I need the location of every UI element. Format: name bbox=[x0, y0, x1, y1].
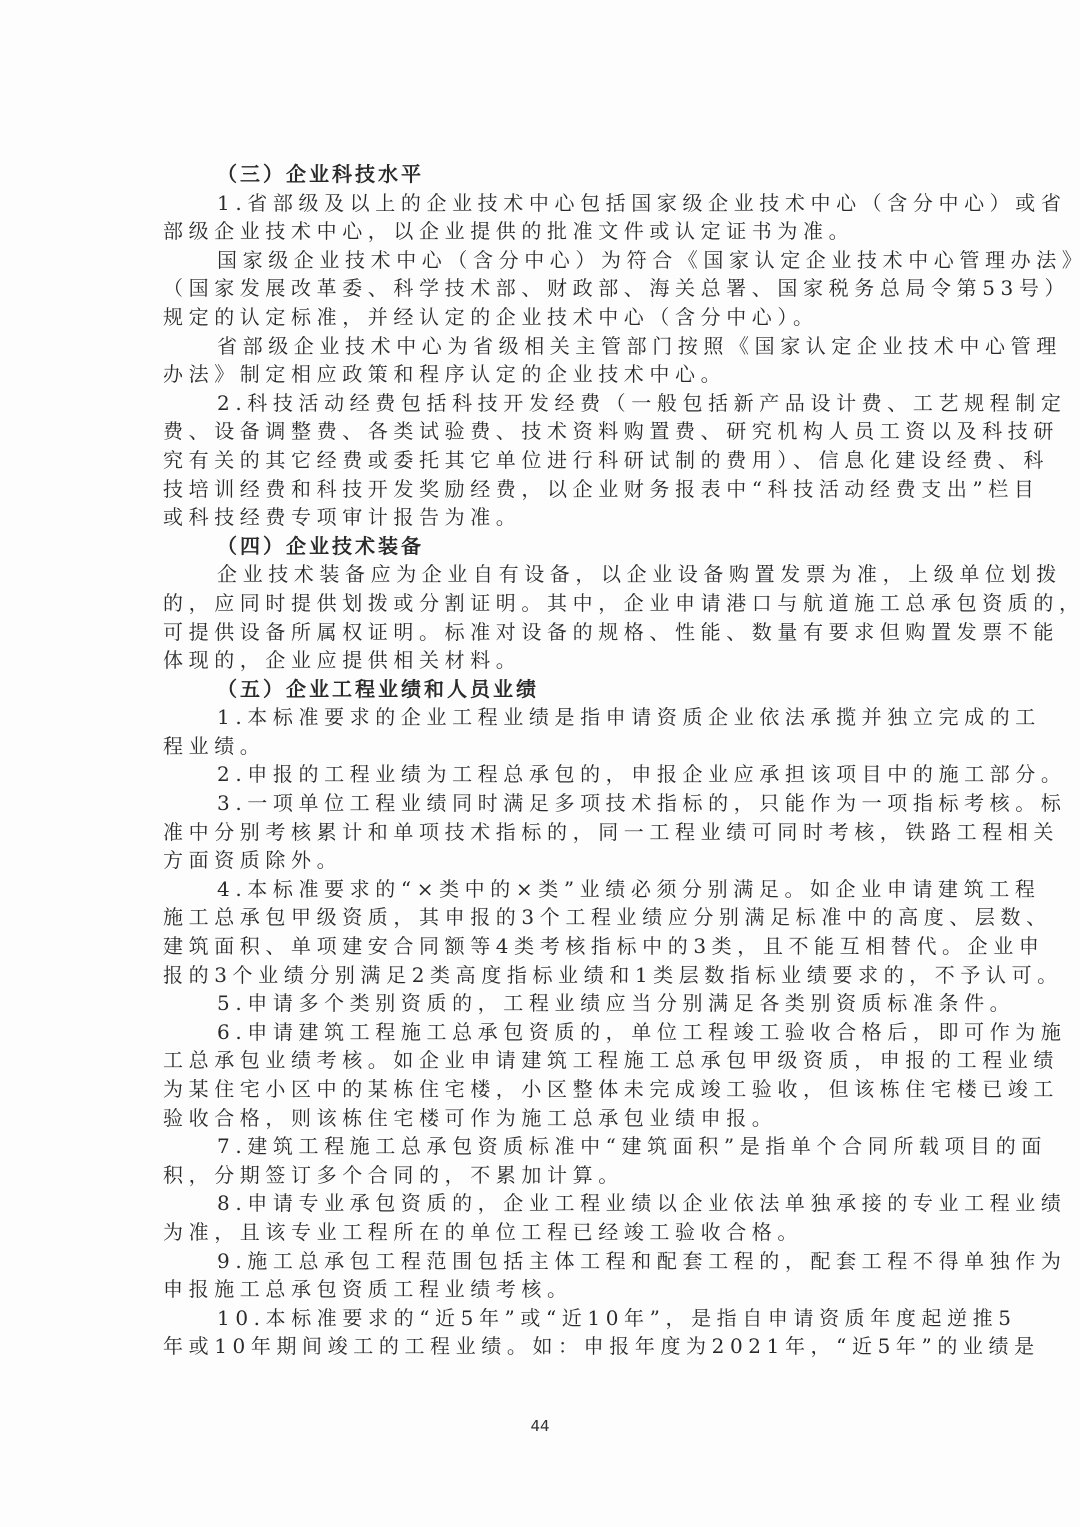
section-heading: （四）企业技术装备 bbox=[163, 532, 919, 561]
paragraph-line: 报的3个业绩分别满足2类高度指标业绩和1类层数指标业绩要求的，不予认可。 bbox=[163, 961, 919, 990]
paragraph-line: 5.申请多个类别资质的，工程业绩应当分别满足各类别资质标准条件。 bbox=[163, 989, 919, 1018]
paragraph-line: 施工总承包甲级资质，其申报的3个工程业绩应分别满足标准中的高度、层数、 bbox=[163, 903, 919, 932]
paragraph-line: 8.申请专业承包资质的，企业工程业绩以企业依法单独承接的专业工程业绩 bbox=[163, 1189, 919, 1218]
paragraph-line: 或科技经费专项审计报告为准。 bbox=[163, 503, 919, 532]
section-heading: （三）企业科技水平 bbox=[163, 160, 919, 189]
paragraph-line: 技培训经费和科技开发奖励经费，以企业财务报表中“科技活动经费支出”栏目 bbox=[163, 475, 919, 504]
paragraph-line: 建筑面积、单项建安合同额等4类考核指标中的3类，且不能互相替代。企业申 bbox=[163, 932, 919, 961]
paragraph-line: 程业绩。 bbox=[163, 732, 919, 761]
paragraph-line: 年或10年期间竣工的工程业绩。如：申报年度为2021年，“近5年”的业绩是 bbox=[163, 1332, 919, 1361]
paragraph-line: 为某住宅小区中的某栋住宅楼，小区整体未完成竣工验收，但该栋住宅楼已竣工 bbox=[163, 1075, 919, 1104]
paragraph-line: 1.省部级及以上的企业技术中心包括国家级企业技术中心（含分中心）或省 bbox=[163, 189, 919, 218]
paragraph-line: 究有关的其它经费或委托其它单位进行科研试制的费用）、信息化建设经费、科 bbox=[163, 446, 919, 475]
paragraph-line: 9.施工总承包工程范围包括主体工程和配套工程的，配套工程不得单独作为 bbox=[163, 1247, 919, 1276]
paragraph-line: 准中分别考核累计和单项技术指标的，同一工程业绩可同时考核，铁路工程相关 bbox=[163, 818, 919, 847]
paragraph-line: 部级企业技术中心，以企业提供的批准文件或认定证书为准。 bbox=[163, 217, 919, 246]
paragraph-line: 规定的认定标准，并经认定的企业技术中心（含分中心）。 bbox=[163, 303, 919, 332]
paragraph-line: 方面资质除外。 bbox=[163, 846, 919, 875]
paragraph-line: 申报施工总承包资质工程业绩考核。 bbox=[163, 1275, 919, 1304]
paragraph-line: 1.本标准要求的企业工程业绩是指申请资质企业依法承揽并独立完成的工 bbox=[163, 703, 919, 732]
paragraph-line: 办法》制定相应政策和程序认定的企业技术中心。 bbox=[163, 360, 919, 389]
paragraph-line: 4.本标准要求的“×类中的×类”业绩必须分别满足。如企业申请建筑工程 bbox=[163, 875, 919, 904]
paragraph-line: 省部级企业技术中心为省级相关主管部门按照《国家认定企业技术中心管理 bbox=[163, 332, 919, 361]
paragraph-line: 企业技术装备应为企业自有设备，以企业设备购置发票为准，上级单位划拨 bbox=[163, 560, 919, 589]
paragraph-line: 积，分期签订多个合同的，不累加计算。 bbox=[163, 1161, 919, 1190]
paragraph-line: 可提供设备所属权证明。标准对设备的规格、性能、数量有要求但购置发票不能 bbox=[163, 618, 919, 647]
paragraph-line: 体现的，企业应提供相关材料。 bbox=[163, 646, 919, 675]
paragraph-line: 2.科技活动经费包括科技开发经费（一般包括新产品设计费、工艺规程制定 bbox=[163, 389, 919, 418]
section-heading: （五）企业工程业绩和人员业绩 bbox=[163, 675, 919, 704]
paragraph-line: （国家发展改革委、科学技术部、财政部、海关总署、国家税务总局令第53号） bbox=[163, 274, 919, 303]
paragraph-line: 7.建筑工程施工总承包资质标准中“建筑面积”是指单个合同所载项目的面 bbox=[163, 1132, 919, 1161]
paragraph-line: 10.本标准要求的“近5年”或“近10年”，是指自申请资质年度起逆推5 bbox=[163, 1304, 919, 1333]
paragraph-line: 国家级企业技术中心（含分中心）为符合《国家认定企业技术中心管理办法》 bbox=[163, 246, 919, 275]
paragraph-line: 费、设备调整费、各类试验费、技术资料购置费、研究机构人员工资以及科技研 bbox=[163, 417, 919, 446]
document-body: （三）企业科技水平1.省部级及以上的企业技术中心包括国家级企业技术中心（含分中心… bbox=[163, 160, 919, 1361]
paragraph-line: 2.申报的工程业绩为工程总承包的，申报企业应承担该项目中的施工部分。 bbox=[163, 760, 919, 789]
paragraph-line: 的，应同时提供划拨或分割证明。其中，企业申请港口与航道施工总承包资质的， bbox=[163, 589, 919, 618]
paragraph-line: 为准，且该专业工程所在的单位工程已经竣工验收合格。 bbox=[163, 1218, 919, 1247]
paragraph-line: 验收合格，则该栋住宅楼可作为施工总承包业绩申报。 bbox=[163, 1104, 919, 1133]
paragraph-line: 6.申请建筑工程施工总承包资质的，单位工程竣工验收合格后，即可作为施 bbox=[163, 1018, 919, 1047]
page-number: 44 bbox=[0, 1417, 1080, 1435]
paragraph-line: 工总承包业绩考核。如企业申请建筑工程施工总承包甲级资质，申报的工程业绩 bbox=[163, 1046, 919, 1075]
paragraph-line: 3.一项单位工程业绩同时满足多项技术指标的，只能作为一项指标考核。标 bbox=[163, 789, 919, 818]
